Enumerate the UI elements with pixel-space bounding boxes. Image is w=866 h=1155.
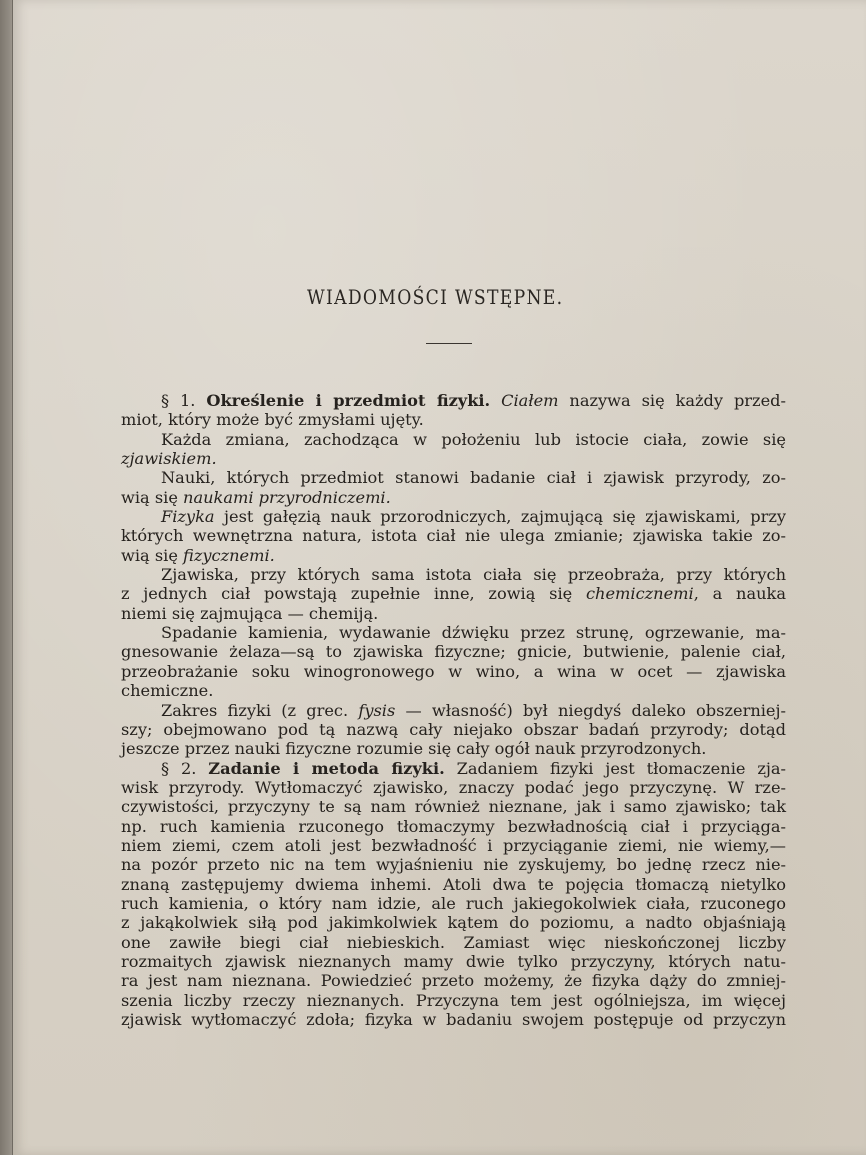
- text-run: miot, który może być zmysłami ujęty.: [121, 410, 424, 429]
- text-run: znaną zastępujemy dwiema inhemi. Atoli d…: [121, 875, 786, 894]
- text-line: Zjawiska, przy których sama istota ciała…: [121, 565, 786, 584]
- section-title: Zadanie i metoda fizyki.: [208, 759, 444, 778]
- text-run: jest gałęzią nauk przorodniczych, zajmuj…: [215, 507, 786, 526]
- text-line: Fizyka jest gałęzią nauk przorodniczych,…: [121, 507, 786, 526]
- text-line: zjawisk wytłomaczyć zdoła; fizyka w bada…: [121, 1010, 786, 1029]
- text-line: wią się fizycznemi.: [121, 546, 786, 565]
- section-title: Określenie i przedmiot fizyki.: [206, 391, 490, 410]
- text-line: niem ziemi, czem atoli jest bezwładność …: [121, 836, 786, 855]
- text-line: rozmaitych zjawisk nieznanych mamy dwie …: [121, 952, 786, 971]
- text-run: z jakąkolwiek siłą pod jakimkolwiek kąte…: [121, 913, 786, 932]
- text-line: czywistości, przyczyny te są nam również…: [121, 797, 786, 816]
- text-line: Nauki, których przedmiot stanowi badanie…: [121, 468, 786, 487]
- text-run: szenia liczby rzeczy nieznanych. Przyczy…: [121, 991, 786, 1010]
- text-run: — własność) był niegdyś daleko obszernie…: [395, 701, 786, 720]
- text-run: np. ruch kamienia rzuconego tłomaczymy b…: [121, 817, 786, 836]
- text-run: wisk przyrody. Wytłomaczyć zjawisko, zna…: [121, 778, 786, 797]
- emphasized-term: naukami przyrodniczemi.: [183, 488, 391, 507]
- text-line: na pozór przeto nic na tem wyjaśnieniu n…: [121, 855, 786, 874]
- text-run: ra jest nam nieznana. Powiedzieć przeto …: [121, 971, 786, 990]
- emphasized-term: chemicznemi: [586, 584, 694, 603]
- text-line: znaną zastępujemy dwiema inhemi. Atoli d…: [121, 875, 786, 894]
- text-run: szy; obejmowano pod tą nazwą cały niejak…: [121, 720, 786, 739]
- text-line: Zakres fizyki (z grec. fysis — własność)…: [121, 701, 786, 720]
- text-line: szy; obejmowano pod tą nazwą cały niejak…: [121, 720, 786, 739]
- text-line: których wewnętrzna natura, istota ciał n…: [121, 526, 786, 545]
- emphasized-term: Ciałem: [501, 391, 558, 410]
- emphasized-term: fizycznemi.: [183, 546, 275, 565]
- emphasized-term: Fizyka: [161, 507, 215, 526]
- text-run: zjawisk wytłomaczyć zdoła; fizyka w bada…: [121, 1010, 786, 1029]
- emphasized-term: fysis: [358, 701, 395, 720]
- text-run: Zjawiska, przy których sama istota ciała…: [161, 565, 786, 584]
- text-run: rozmaitych zjawisk nieznanych mamy dwie …: [121, 952, 786, 971]
- text-run: Spadanie kamienia, wydawanie dźwięku prz…: [161, 623, 786, 642]
- text-line: jeszcze przez nauki fizyczne rozumie się…: [121, 739, 786, 758]
- text-line: miot, który może być zmysłami ujęty.: [121, 410, 786, 429]
- text-run: z jednych ciał powstają zupełnie inne, z…: [121, 584, 586, 603]
- text-line: wią się naukami przyrodniczemi.: [121, 488, 786, 507]
- text-run: których wewnętrzna natura, istota ciał n…: [121, 526, 786, 545]
- text-line: przeobrażanie soku winogronowego w wino,…: [121, 662, 786, 681]
- text-line: § 2. Zadanie i metoda fizyki. Zadaniem f…: [121, 759, 786, 778]
- text-run: wią się: [121, 488, 183, 507]
- text-line: ruch kamienia, o który nam idzie, ale ru…: [121, 894, 786, 913]
- text-run: § 1.: [161, 391, 206, 410]
- text-run: one zawiłe biegi ciał niebieskich. Zamia…: [121, 933, 786, 952]
- text-run: chemiczne.: [121, 681, 213, 700]
- text-run: [490, 391, 501, 410]
- text-line: szenia liczby rzeczy nieznanych. Przyczy…: [121, 991, 786, 1010]
- text-line: one zawiłe biegi ciał niebieskich. Zamia…: [121, 933, 786, 952]
- chapter-heading: WIADOMOŚCI WSTĘPNE.: [63, 285, 808, 309]
- text-run: Nauki, których przedmiot stanowi badanie…: [161, 468, 786, 487]
- text-line: § 1. Określenie i przedmiot fizyki. Ciał…: [121, 391, 786, 410]
- text-line: z jednych ciał powstają zupełnie inne, z…: [121, 584, 786, 603]
- text-line: chemiczne.: [121, 681, 786, 700]
- text-run: niemi się zajmująca — chemiją.: [121, 604, 378, 623]
- text-run: Każda zmiana, zachodząca w położeniu lub…: [161, 430, 786, 449]
- text-run: § 2.: [161, 759, 208, 778]
- text-run: czywistości, przyczyny te są nam również…: [121, 797, 786, 816]
- text-run: gnesowanie żelaza—są to zjawiska fizyczn…: [121, 642, 786, 661]
- text-line: zjawiskiem.: [121, 449, 786, 468]
- text-line: Każda zmiana, zachodząca w położeniu lub…: [121, 430, 786, 449]
- text-run: Zakres fizyki (z grec.: [161, 701, 358, 720]
- text-run: niem ziemi, czem atoli jest bezwładność …: [121, 836, 786, 855]
- text-run: , a nauka: [694, 584, 786, 603]
- text-run: na pozór przeto nic na tem wyjaśnieniu n…: [121, 855, 786, 874]
- text-line: np. ruch kamienia rzuconego tłomaczymy b…: [121, 817, 786, 836]
- text-run: jeszcze przez nauki fizyczne rozumie się…: [121, 739, 706, 758]
- text-line: Spadanie kamienia, wydawanie dźwięku prz…: [121, 623, 786, 642]
- text-run: Zadaniem fizyki jest tłomaczenie zja-: [445, 759, 786, 778]
- text-line: wisk przyrody. Wytłomaczyć zjawisko, zna…: [121, 778, 786, 797]
- text-run: wią się: [121, 546, 183, 565]
- text-run: ruch kamienia, o który nam idzie, ale ru…: [121, 894, 786, 913]
- text-line: ra jest nam nieznana. Powiedzieć przeto …: [121, 971, 786, 990]
- body-text: § 1. Określenie i przedmiot fizyki. Ciał…: [121, 391, 786, 1029]
- heading-divider: [426, 343, 472, 344]
- emphasized-term: zjawiskiem.: [121, 449, 217, 468]
- text-run: nazywa się każdy przed-: [559, 391, 786, 410]
- text-run: przeobrażanie soku winogronowego w wino,…: [121, 662, 786, 681]
- text-line: gnesowanie żelaza—są to zjawiska fizyczn…: [121, 642, 786, 661]
- text-line: z jakąkolwiek siłą pod jakimkolwiek kąte…: [121, 913, 786, 932]
- text-line: niemi się zajmująca — chemiją.: [121, 604, 786, 623]
